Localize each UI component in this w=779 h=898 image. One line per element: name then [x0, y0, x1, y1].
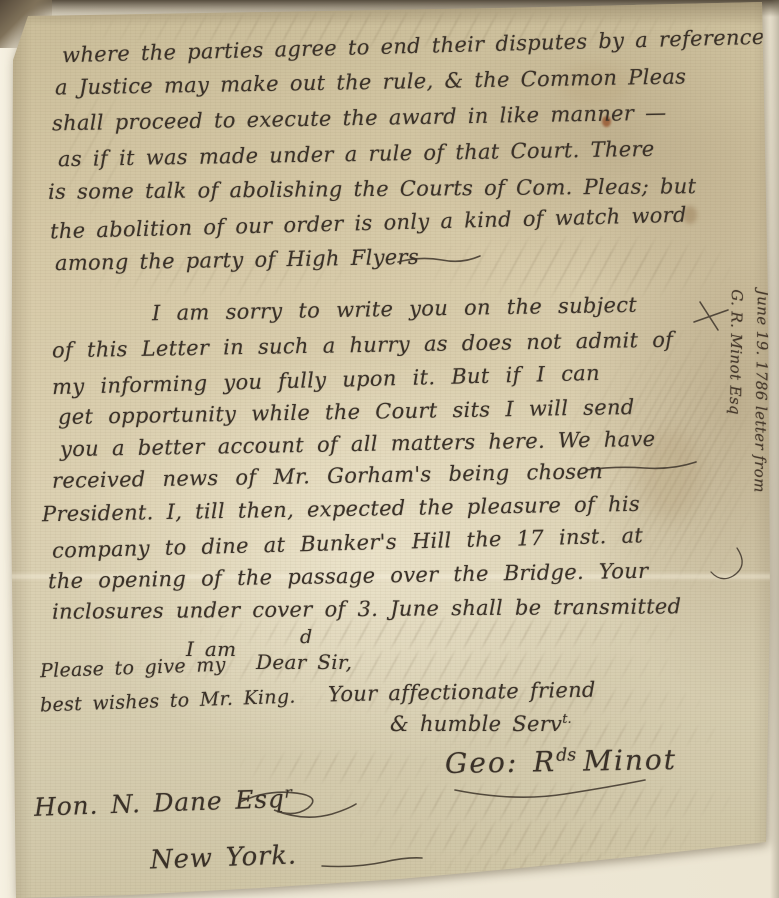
signature: Geo: RdsMinot — [445, 743, 678, 780]
show-through — [360, 820, 700, 856]
paper-speck — [700, 868, 709, 875]
body-line: the opening of the passage over the Brid… — [48, 559, 649, 593]
body-line: among the party of High Flyers — [55, 245, 419, 275]
closing-humble-superscript: t. — [562, 712, 571, 727]
signature-prefix: Geo: R — [445, 745, 557, 780]
scanned-letter-page: where the parties agree to end their dis… — [0, 0, 779, 898]
closing-humble-servant: & humble Servt. — [390, 712, 572, 736]
signature-superscript: ds — [556, 745, 576, 765]
paper-sheet: where the parties agree to end their dis… — [0, 0, 779, 898]
closing-humble-text: & humble Serv — [390, 712, 562, 736]
body-line: received news of Mr. Gorham's being chos… — [52, 459, 603, 493]
signature-underline — [455, 780, 645, 797]
body-line: President. I, till then, expected the pl… — [42, 492, 640, 526]
show-through — [330, 782, 730, 822]
body-line: inclosures under cover of 3. June shall … — [52, 594, 682, 623]
signature-name: Minot — [583, 743, 677, 778]
body-line: where the parties agree to end their dis… — [62, 25, 765, 67]
show-through — [430, 236, 730, 298]
address-recipient-text: Hon. N. Dane Esq — [34, 784, 286, 822]
inserted-character: d — [300, 626, 312, 648]
postscript-line: Please to give my — [40, 654, 226, 682]
letter-paper: where the parties agree to end their dis… — [0, 0, 779, 898]
address-recipient: Hon. N. Dane Esqr — [34, 784, 293, 822]
scan-right-edge-shadow — [770, 0, 779, 898]
body-line: as if it was made under a rule of that C… — [58, 137, 655, 171]
show-through — [240, 750, 440, 784]
docket-note: June 19. 1786 letter from G. R. Minot Es… — [719, 289, 776, 574]
body-line: I am sorry to write you on the subject — [152, 293, 637, 325]
show-through — [430, 852, 710, 878]
new-york-dash — [322, 858, 422, 867]
body-line: is some talk of abolishing the Courts of… — [48, 174, 696, 204]
body-line: get opportunity while the Court sits I w… — [58, 395, 635, 429]
body-line: the abolition of our order is only a kin… — [50, 203, 687, 244]
postscript-line: best wishes to Mr. King. — [40, 686, 296, 717]
body-line: company to dine at Bunker's Hill the 17 … — [52, 523, 644, 562]
body-line: you a better account of all matters here… — [60, 427, 656, 461]
address-city: New York. — [150, 840, 298, 875]
docket-line: G. R. Minot Esq — [719, 289, 750, 573]
body-line: my informing you fully upon it. But if I… — [52, 361, 600, 399]
body-line: of this Letter in such a hurry as does n… — [52, 328, 674, 363]
closing-affectionate: Your affectionate friend — [328, 678, 596, 707]
address-recipient-superscript: r — [284, 784, 292, 802]
closing-dear-sir: Dear Sir, — [256, 650, 352, 674]
body-line: shall proceed to execute the award in li… — [52, 101, 667, 136]
